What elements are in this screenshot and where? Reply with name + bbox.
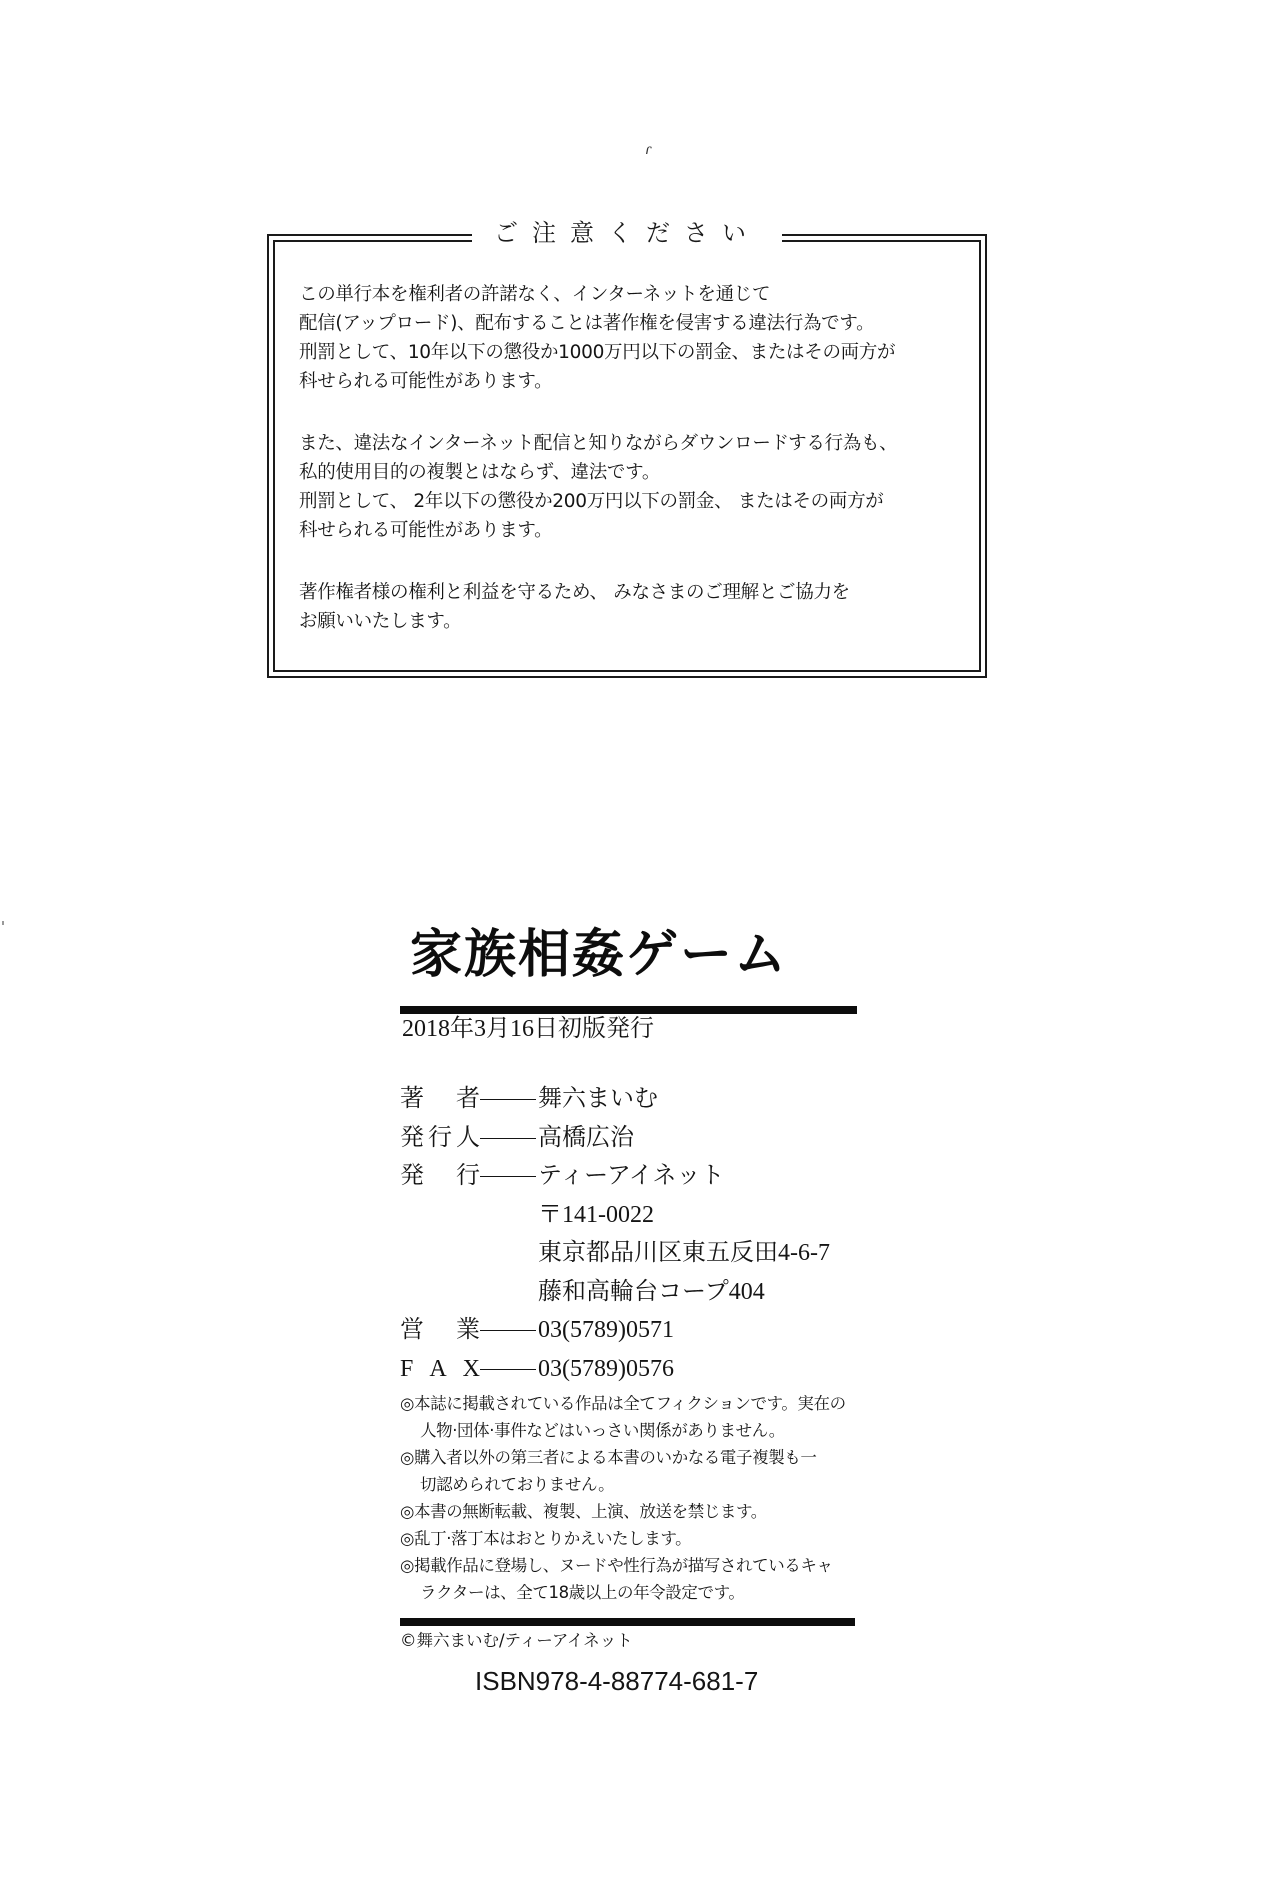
label-char: 行	[428, 1119, 452, 1158]
notice-line: 配信(アップロード)、配布することは著作権を侵害する違法行為です。	[299, 309, 965, 338]
isbn: ISBN978-4-88774-681-7	[475, 1664, 860, 1698]
credit-label: F A X	[400, 1350, 480, 1389]
book-title: 家族相姦ゲーム	[410, 920, 860, 990]
sales-phone: 03(5789)0571	[536, 1311, 674, 1350]
contact-fax: F A X 03(5789)0576	[400, 1350, 860, 1389]
notice-paragraph-download: また、違法なインターネット配信と知りながらダウンロードする行為も、 私的使用目的…	[299, 429, 965, 545]
note-age-setting-cont: ラクターは、全て18歳以上の年令設定です。	[400, 1579, 860, 1606]
notice-line: 科せられる可能性があります。	[299, 516, 965, 545]
note-digital-copy: ◎購入者以外の第三者による本書のいかなる電子複製も一	[400, 1444, 860, 1471]
label-char: A	[429, 1350, 446, 1389]
notice-line: お願いいたします。	[299, 607, 965, 636]
dash-leader	[480, 1138, 536, 1158]
dash-leader	[480, 1330, 536, 1350]
label-char: 行	[456, 1157, 480, 1196]
notice-line: 科せられる可能性があります。	[299, 367, 965, 396]
label-char: 発	[400, 1157, 424, 1196]
dash-leader	[480, 1176, 536, 1196]
notice-line: 著作権者様の権利と利益を守るため、 みなさまのご理解とご協力を	[299, 578, 965, 607]
legal-notes: ◎本誌に掲載されている作品は全てフィクションです。実在の 人物·団体·事件などは…	[400, 1390, 860, 1606]
stray-pen-mark: ɾ	[645, 142, 651, 158]
label-char: 営	[400, 1311, 424, 1350]
publication-date: 2018年3月16日初版発行	[402, 1014, 860, 1044]
credit-label: 営 業	[400, 1311, 480, 1350]
colophon: 家族相姦ゲーム 2018年3月16日初版発行 著 者 舞六まいむ 発 行 人 高…	[400, 920, 860, 1698]
footer-divider	[400, 1618, 855, 1626]
credit-label: 発 行	[400, 1157, 480, 1196]
label-char: 者	[456, 1080, 480, 1119]
label-char: 人	[456, 1119, 480, 1158]
notice-paragraph-request: 著作権者様の権利と利益を守るため、 みなさまのご理解とご協力を お願いいたします…	[299, 578, 965, 636]
note-fiction-cont: 人物·団体·事件などはいっさい関係がありません。	[400, 1417, 860, 1444]
notice-paragraph-upload: この単行本を権利者の許諾なく、インターネットを通じて 配信(アップロード)、配布…	[299, 280, 965, 396]
label-char: F	[400, 1350, 413, 1389]
note-age-setting: ◎掲載作品に登場し、ヌードや性行為が描写されているキャ	[400, 1552, 860, 1579]
note-no-reproduction: ◎本書の無断転載、複製、上演、放送を禁じます。	[400, 1498, 860, 1525]
label-char: 発	[400, 1119, 424, 1158]
credit-author: 著 者 舞六まいむ	[400, 1080, 860, 1119]
credit-publisher: 発 行 ティーアイネット	[400, 1157, 860, 1196]
label-char: 著	[400, 1080, 424, 1119]
note-fiction: ◎本誌に掲載されている作品は全てフィクションです。実在の	[400, 1390, 860, 1417]
notice-line: 刑罰として、10年以下の懲役か1000万円以下の罰金、またはその両方が	[299, 338, 965, 367]
notice-line: この単行本を権利者の許諾なく、インターネットを通じて	[299, 280, 965, 309]
notice-line: 私的使用目的の複製とはならず、違法です。	[299, 458, 965, 487]
note-defective-copies: ◎乱丁·落丁本はおとりかえいたします。	[400, 1525, 860, 1552]
author-name: 舞六まいむ	[536, 1080, 658, 1119]
scan-speck	[2, 921, 4, 925]
fax-number: 03(5789)0576	[536, 1350, 674, 1389]
dash-leader	[480, 1369, 536, 1389]
label-char: X	[463, 1350, 480, 1389]
title-divider	[400, 1006, 857, 1014]
notice-title-wrap: ご注意ください	[269, 218, 985, 248]
notice-title: ご注意ください	[472, 218, 782, 248]
notice-body: この単行本を権利者の許諾なく、インターネットを通じて 配信(アップロード)、配布…	[299, 280, 965, 669]
address-line-2: 藤和高輪台コープ404	[400, 1273, 860, 1312]
credit-publisher-person: 発 行 人 高橋広治	[400, 1119, 860, 1158]
copyright-line: ©舞六まいむ/ティーアイネット	[400, 1628, 860, 1654]
dash-leader	[480, 1099, 536, 1119]
address-line-1: 東京都品川区東五反田4-6-7	[400, 1234, 860, 1273]
note-digital-copy-cont: 切認められておりません。	[400, 1471, 860, 1498]
notice-line: 刑罰として、 2年以下の懲役か200万円以下の罰金、 またはその両方が	[299, 487, 965, 516]
postal-code: 〒141-0022	[400, 1196, 860, 1235]
credit-label: 発 行 人	[400, 1119, 480, 1158]
publisher-name: ティーアイネット	[536, 1157, 724, 1196]
credit-label: 著 者	[400, 1080, 480, 1119]
credits-list: 著 者 舞六まいむ 発 行 人 高橋広治 発 行 ティーアイネット 〒141-0…	[400, 1080, 860, 1388]
copyright-notice-box: ご注意ください この単行本を権利者の許諾なく、インターネットを通じて 配信(アッ…	[267, 234, 987, 678]
publisher-person-name: 高橋広治	[536, 1119, 634, 1158]
contact-sales: 営 業 03(5789)0571	[400, 1311, 860, 1350]
label-char: 業	[456, 1311, 480, 1350]
notice-line: また、違法なインターネット配信と知りながらダウンロードする行為も、	[299, 429, 965, 458]
